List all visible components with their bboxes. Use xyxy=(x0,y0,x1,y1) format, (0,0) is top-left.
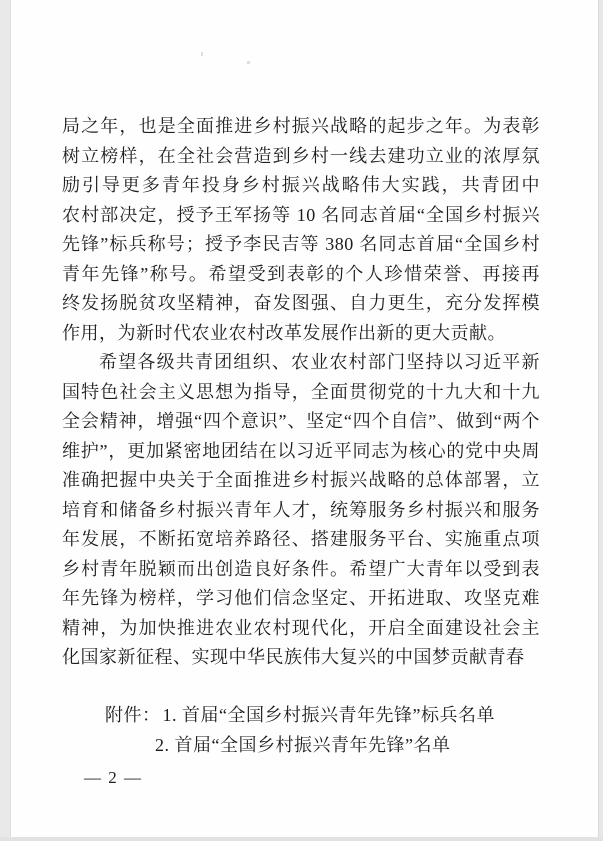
body-text-line: 年先锋为榜样，学习他们信念坚定、开拓进取、攻坚克难的奋斗 xyxy=(62,584,540,614)
scan-edge-right xyxy=(598,0,603,841)
body-text-line: 全会精神，增强“四个意识”、坚定“四个自信”、做到“两个 xyxy=(62,407,540,437)
scan-speck xyxy=(247,61,250,64)
attachment-item-1: 1. 首届“全国乡村振兴青年先锋”标兵名单 xyxy=(163,705,495,725)
body-text-line: 国特色社会主义思想为指导，全面贯彻党的十九大和十九届历次 xyxy=(62,378,540,408)
body-text-line: 树立榜样，在全社会营造到乡村一线去建功立业的浓厚氛围，鼓 xyxy=(62,142,540,172)
body-text-line: 年发展，不断拓宽培养路径、搭建服务平台、实施重点项目，为 xyxy=(62,525,540,555)
attachments-line-2: 2. 首届“全国乡村振兴青年先锋”名单 xyxy=(155,731,545,761)
paragraph-2: 希望各级共青团组织、农业农村部门坚持以习近平新时代中 国特色社会主义思想为指导，… xyxy=(62,348,540,673)
attachments-line-1: 附件：1. 首届“全国乡村振兴青年先锋”标兵名单 xyxy=(105,701,545,731)
scan-edge-bottom xyxy=(0,837,603,841)
page-number: — 2 — xyxy=(84,768,143,788)
scan-speck xyxy=(201,52,203,56)
document-body: 局之年，也是全面推进乡村振兴战略的起步之年。为表彰先进、 树立榜样，在全社会营造… xyxy=(62,112,540,673)
body-text-line: 维护”，更加紧密地团结在以习近平同志为核心的党中央周围， xyxy=(62,437,540,467)
scan-edge-left xyxy=(0,0,11,841)
body-text-line: 化国家新征程、实现中华民族伟大复兴的中国梦贡献青春力量。 xyxy=(62,643,540,673)
scanned-document-page: 局之年，也是全面推进乡村振兴战略的起步之年。为表彰先进、 树立榜样，在全社会营造… xyxy=(0,0,603,841)
body-text-line: 先锋”标兵称号；授予李民吉等 380 名同志首届“全国乡村振兴 xyxy=(62,230,540,260)
paragraph-1: 局之年，也是全面推进乡村振兴战略的起步之年。为表彰先进、 树立榜样，在全社会营造… xyxy=(62,112,540,348)
body-text-line: 乡村青年脱颖而出创造良好条件。希望广大青年以受到表彰的青 xyxy=(62,555,540,585)
body-text-line: 培育和储备乡村振兴青年人才，统筹服务乡村振兴和服务乡村青 xyxy=(62,496,540,526)
body-text-line: 准确把握中央关于全面推进乡村振兴战略的总体部署，立足为党 xyxy=(62,466,540,496)
body-text-line: 终发扬脱贫攻坚精神，奋发图强、自力更生，充分发挥模范带头 xyxy=(62,289,540,319)
body-text-line: 农村部决定，授予王军扬等 10 名同志首届“全国乡村振兴青年 xyxy=(62,201,540,231)
body-text-line: 作用，为新时代农业农村改革发展作出新的更大贡献。 xyxy=(62,319,540,349)
attachments-label: 附件： xyxy=(105,705,161,725)
body-text-line: 精神，为加快推进农业农村现代化，开启全面建设社会主义现代 xyxy=(62,614,540,644)
attachment-item-2: 2. 首届“全国乡村振兴青年先锋”名单 xyxy=(155,735,450,755)
body-text-line: 希望各级共青团组织、农业农村部门坚持以习近平新时代中 xyxy=(62,348,540,378)
body-text-line: 励引导更多青年投身乡村振兴战略伟大实践，共青团中央、农业 xyxy=(62,171,540,201)
body-text-line: 局之年，也是全面推进乡村振兴战略的起步之年。为表彰先进、 xyxy=(62,112,540,142)
body-text-line: 青年先锋”称号。希望受到表彰的个人珍惜荣誉、再接再厉，始 xyxy=(62,260,540,290)
